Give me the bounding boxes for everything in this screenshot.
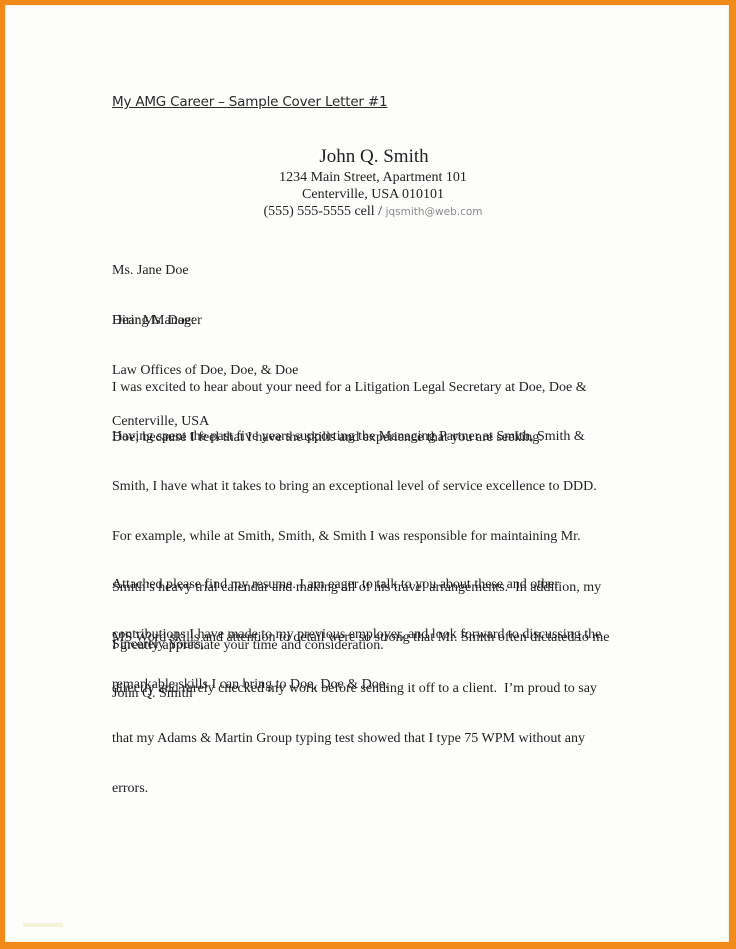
signature: John Q. Smith — [112, 686, 193, 703]
sender-header: John Q. Smith 1234 Main Street, Apartmen… — [5, 145, 736, 221]
sender-contact: (555) 555-5555 cell / jqsmith@web.com — [5, 203, 736, 221]
paragraph-line: Attached please find my resume. I am eag… — [112, 577, 601, 594]
sender-phone: (555) 555-5555 cell / — [263, 204, 385, 219]
paragraph-line: Smith, I have what it takes to bring an … — [112, 479, 610, 496]
letter-page: My AMG Career – Sample Cover Letter #1 J… — [5, 5, 729, 942]
sender-street: 1234 Main Street, Apartment 101 — [5, 169, 736, 186]
salutation: Dear Ms. Doe: — [112, 313, 195, 330]
sender-city: Centerville, USA 010101 — [5, 186, 736, 203]
paragraph-line: that my Adams & Martin Group typing test… — [112, 731, 610, 748]
paragraph-line: I was excited to hear about your need fo… — [112, 380, 587, 397]
sender-email: jqsmith@web.com — [386, 206, 483, 218]
watermark — [23, 923, 63, 927]
document-title: My AMG Career – Sample Cover Letter #1 — [112, 94, 387, 110]
recipient-name: Ms. Jane Doe — [112, 263, 298, 280]
paragraph-line: errors. — [112, 781, 610, 798]
sender-name: John Q. Smith — [5, 145, 736, 169]
closing: Sincerely Yours, — [112, 637, 204, 654]
paragraph-line: Having spent the past five years support… — [112, 429, 610, 446]
